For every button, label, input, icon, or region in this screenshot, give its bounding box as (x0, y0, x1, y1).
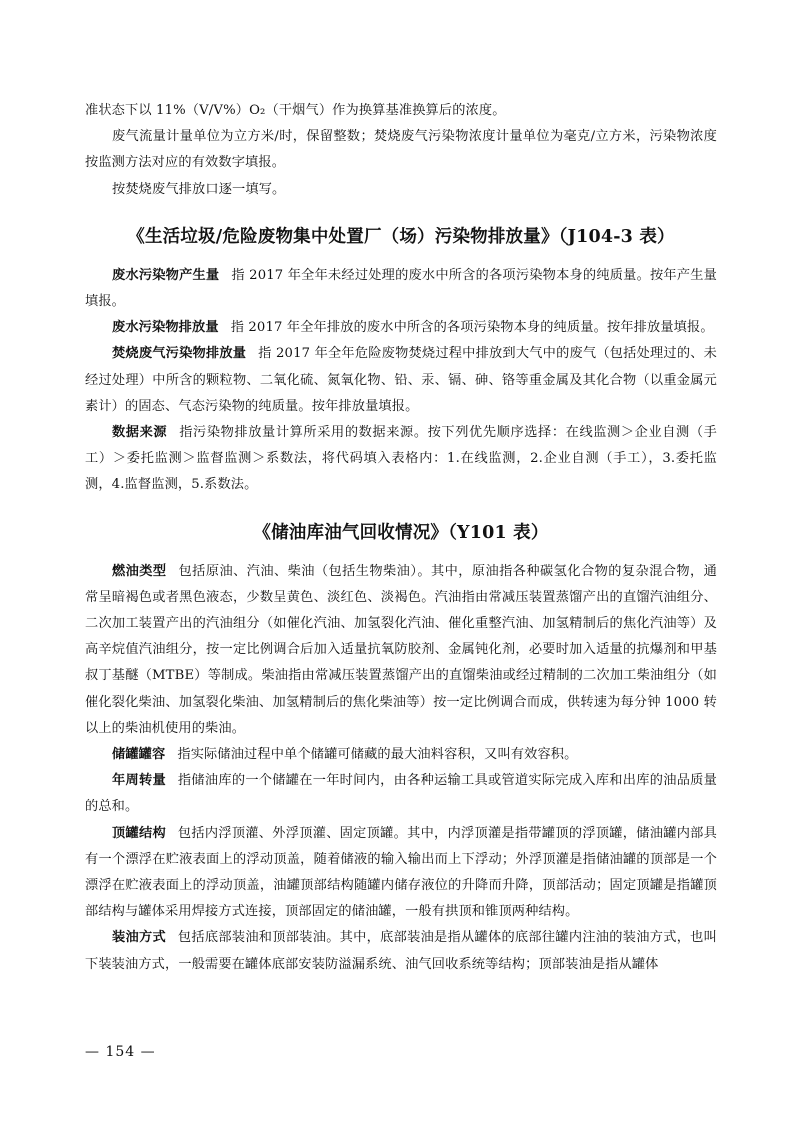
intro-paragraph-units: 废气流量计量单位为立方米/时，保留整数；焚烧废气污染物浓度计量单位为毫克/立方米… (85, 124, 717, 176)
definition-term: 储罐罐容 (112, 747, 165, 762)
intro-line: 准状态下以 11%（V/V%）O₂（干烟气）作为换算基准换算后的浓度。 (85, 98, 717, 124)
document-page: 准状态下以 11%（V/V%）O₂（干烟气）作为换算基准换算后的浓度。 废气流量… (85, 98, 717, 978)
definition-term: 废水污染物排放量 (112, 320, 219, 335)
definition-term: 焚烧废气污染物排放量 (112, 346, 246, 361)
definition-item: 年周转量指储油库的一个储罐在一年时间内，由各种运输工具或管道实际完成入库和出库的… (85, 768, 717, 820)
definition-term: 年周转量 (112, 773, 166, 788)
definition-text: 指储油库的一个储罐在一年时间内，由各种运输工具或管道实际完成入库和出库的油品质量… (85, 773, 717, 814)
definition-term: 顶罐结构 (112, 826, 166, 841)
definition-item: 焚烧废气污染物排放量指 2017 年全年危险废物焚烧过程中排放到大气中的废气（包… (85, 341, 717, 420)
definition-item: 废水污染物排放量指 2017 年全年排放的废水中所含的各项污染物本身的纯质量。按… (85, 315, 717, 341)
definition-text: 指实际储油过程中单个储罐可储藏的最大油料容积，又叫有效容积。 (177, 747, 577, 762)
definition-item: 储罐罐容指实际储油过程中单个储罐可储藏的最大油料容积，又叫有效容积。 (85, 742, 717, 768)
section-title-j104-3: 《生活垃圾/危险废物集中处置厂（场）污染物排放量》（J104-3 表） (85, 223, 717, 248)
definition-text: 指 2017 年全年排放的废水中所含的各项污染物本身的纯质量。按年排放量填报。 (231, 320, 714, 335)
definition-term: 燃油类型 (112, 564, 167, 579)
definition-term: 废水污染物产生量 (112, 268, 219, 283)
definition-text: 包括底部装油和顶部装油。其中，底部装油是指从罐体的底部往罐内注油的装油方式，也叫… (85, 930, 717, 971)
definition-text: 包括原油、汽油、柴油（包括生物柴油）。其中，原油指各种碳氢化合物的复杂混合物，通… (85, 564, 717, 736)
definition-item: 装油方式包括底部装油和顶部装油。其中，底部装油是指从罐体的底部往罐内注油的装油方… (85, 925, 717, 977)
definition-term: 装油方式 (112, 930, 166, 945)
definition-item: 废水污染物产生量指 2017 年全年未经过处理的废水中所含的各项污染物本身的纯质… (85, 263, 717, 315)
definition-item: 顶罐结构包括内浮顶灌、外浮顶灌、固定顶罐。其中，内浮顶灌是指带罐顶的浮顶罐，储油… (85, 821, 717, 926)
page-number: — 154 — (85, 1044, 156, 1060)
intro-paragraph-fill: 按焚烧废气排放口逐一填写。 (85, 177, 717, 203)
definition-text: 包括内浮顶灌、外浮顶灌、固定顶罐。其中，内浮顶灌是指带罐顶的浮顶罐，储油罐内部具… (85, 826, 717, 920)
definition-text: 指污染物排放量计算所采用的数据来源。按下列优先顺序选择：在线监测＞企业自测（手工… (85, 425, 717, 492)
definition-item: 燃油类型包括原油、汽油、柴油（包括生物柴油）。其中，原油指各种碳氢化合物的复杂混… (85, 559, 717, 742)
section-title-y101: 《储油库油气回收情况》（Y101 表） (85, 519, 717, 544)
definition-item: 数据来源指污染物排放量计算所采用的数据来源。按下列优先顺序选择：在线监测＞企业自… (85, 420, 717, 499)
definition-term: 数据来源 (112, 425, 167, 440)
